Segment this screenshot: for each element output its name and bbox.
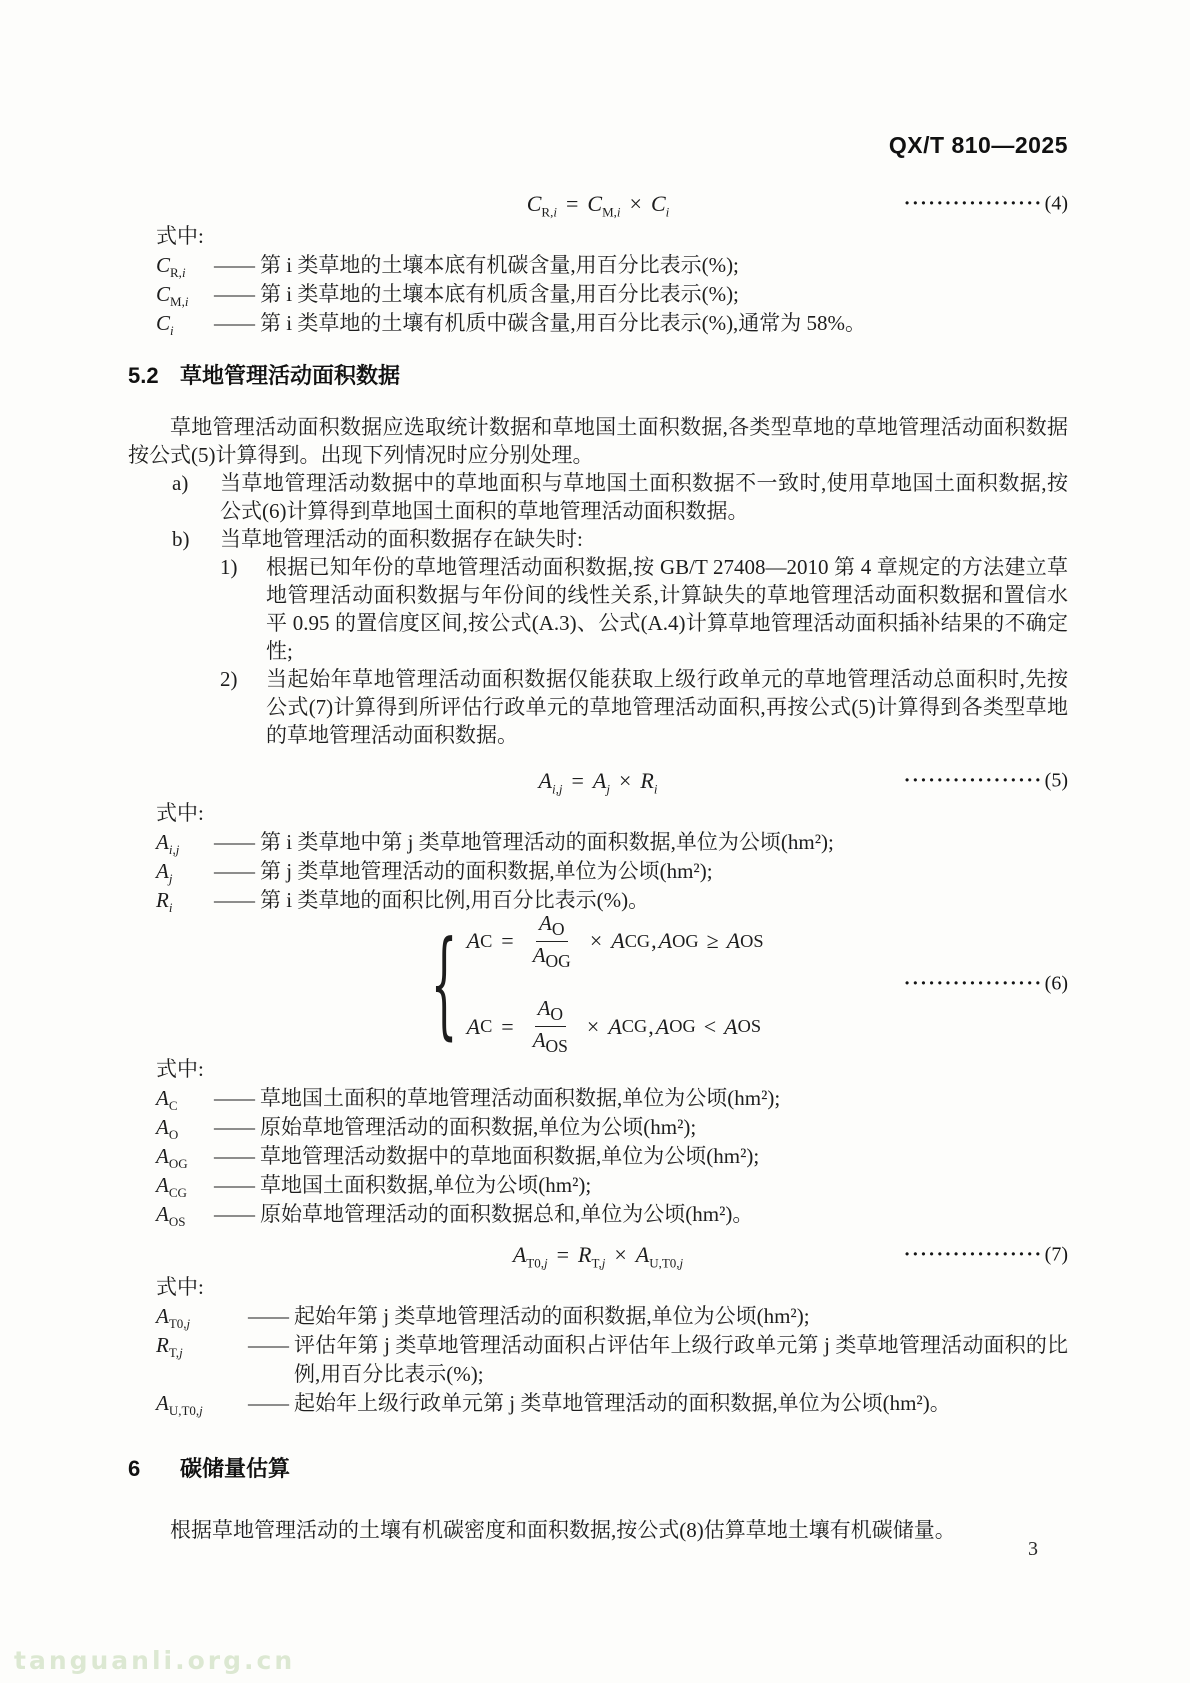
- symbol-aj: Aj: [156, 857, 214, 886]
- formula-4-number: (4): [1045, 193, 1068, 215]
- numerator: AO: [536, 911, 567, 942]
- definition-text: 草地管理活动数据中的草地面积数据,单位为公顷(hm²);: [260, 1142, 1068, 1171]
- section-heading-6: 6碳储量估算: [128, 1454, 1068, 1483]
- formula-6-number: (6): [1045, 973, 1068, 995]
- definition-row-aij: Ai,j —— 第 i 类草地中第 j 类草地管理活动的面积数据,单位为公顷(h…: [156, 828, 1068, 857]
- formula-6-cases: AC=AOAOG×ACG,AOG≥AOS AC=AOAOS×ACG,AOG<AO…: [467, 911, 764, 1058]
- definition-dash: ——: [214, 280, 260, 309]
- formula-7-number: (7): [1045, 1244, 1068, 1266]
- symbol-rtj: RT,j: [156, 1331, 248, 1389]
- symbol-ri: Ri: [156, 886, 214, 915]
- where-label: 式中:: [156, 1055, 1068, 1084]
- formula-4: CR,i=CM,i×Ci ·················(4): [128, 186, 1068, 222]
- page-number: 3: [1028, 1538, 1038, 1561]
- definition-dash: ——: [214, 309, 260, 338]
- formula-7: AT0,j=RT,j×AU,T0,j ·················(7): [128, 1237, 1068, 1273]
- definition-text: 评估年第 j 类草地管理活动面积占评估年上级行政单元第 j 类草地管理活动面积的…: [294, 1331, 1068, 1389]
- watermark: tanguanli.org.cn: [14, 1646, 295, 1675]
- formula-6: { AC=AOAOG×ACG,AOG≥AOS AC=AOAOS×ACG,AOG<…: [128, 923, 1068, 1045]
- symbol-aij: Ai,j: [156, 828, 214, 857]
- formula-7-leader: ·················(7): [904, 1244, 1068, 1267]
- definition-row-ci: Ci —— 第 i 类草地的土壤有机质中碳含量,用百分比表示(%),通常为 58…: [156, 309, 1068, 338]
- section-number: 5.2: [128, 361, 180, 390]
- symbol-cmi: CM,i: [156, 280, 214, 309]
- definition-row-ac: AC —— 草地国土面积的草地管理活动面积数据,单位为公顷(hm²);: [156, 1084, 1068, 1113]
- doc-code: QX/T 810—2025: [128, 132, 1068, 158]
- where-label: 式中:: [156, 222, 1068, 251]
- definition-row-aj: Aj —— 第 j 类草地管理活动的面积数据,单位为公顷(hm²);: [156, 857, 1068, 886]
- formula-7-expression: AT0,j=RT,j×AU,T0,j: [513, 1242, 683, 1268]
- list-text-a: 当草地管理活动数据中的草地面积与草地国土面积数据不一致时,使用草地国土面积数据,…: [220, 469, 1068, 525]
- formula-5: Ai,j=Aj×Ri ·················(5): [128, 763, 1068, 799]
- formula-6-leader: ·················(6): [904, 973, 1068, 996]
- formula-5-leader: ·················(5): [904, 770, 1068, 793]
- definition-dash: ——: [214, 251, 260, 280]
- definition-text: 第 i 类草地的土壤有机质中碳含量,用百分比表示(%),通常为 58%。: [260, 309, 1068, 338]
- list-text-2: 当起始年草地管理活动面积数据仅能获取上级行政单元的草地管理活动总面积时,先按公式…: [266, 665, 1068, 749]
- section-6-body: 根据草地管理活动的土壤有机碳密度和面积数据,按公式(8)估算草地土壤有机碳储量。: [128, 1516, 1068, 1544]
- definition-row-aog: AOG —— 草地管理活动数据中的草地面积数据,单位为公顷(hm²);: [156, 1142, 1068, 1171]
- definition-row-ao: AO —— 原始草地管理活动的面积数据,单位为公顷(hm²);: [156, 1113, 1068, 1142]
- definition-dash: ——: [214, 1142, 260, 1171]
- list-item-b: b) 当草地管理活动的面积数据存在缺失时:: [128, 525, 1068, 553]
- symbol-acg: ACG: [156, 1171, 214, 1200]
- denominator: AOG: [530, 942, 574, 972]
- section-number: 6: [128, 1454, 180, 1483]
- list-marker-b: b): [172, 525, 220, 553]
- formula-5-number: (5): [1045, 770, 1068, 792]
- definition-text: 第 j 类草地管理活动的面积数据,单位为公顷(hm²);: [260, 857, 1068, 886]
- definition-text: 草地国土面积数据,单位为公顷(hm²);: [260, 1171, 1068, 1200]
- definition-dash: ——: [214, 1113, 260, 1142]
- definition-dash: ——: [214, 1171, 260, 1200]
- formula-6-case-2: AC=AOAOS×ACG,AOG<AOS: [467, 996, 764, 1057]
- left-brace: {: [431, 926, 458, 1042]
- symbol-ci: Ci: [156, 309, 214, 338]
- definition-dash: ——: [214, 886, 260, 915]
- list-item-1: 1) 根据已知年份的草地管理活动面积数据,按 GB/T 27408—2010 第…: [128, 553, 1068, 665]
- section-title: 碳储量估算: [180, 1456, 290, 1481]
- definition-row-aut0j: AU,T0,j —— 起始年上级行政单元第 j 类草地管理活动的面积数据,单位为…: [156, 1389, 1068, 1418]
- list-item-2: 2) 当起始年草地管理活动面积数据仅能获取上级行政单元的草地管理活动总面积时,先…: [128, 665, 1068, 749]
- symbol-aos: AOS: [156, 1200, 214, 1229]
- where-label: 式中:: [156, 799, 1068, 828]
- definition-text: 第 i 类草地的土壤本底有机碳含量,用百分比表示(%);: [260, 251, 1068, 280]
- symbol-aut0j: AU,T0,j: [156, 1389, 248, 1418]
- definition-text: 起始年第 j 类草地管理活动的面积数据,单位为公顷(hm²);: [294, 1302, 1068, 1331]
- fraction: AOAOG: [530, 911, 574, 972]
- definition-dash: ——: [214, 828, 260, 857]
- definition-text: 草地国土面积的草地管理活动面积数据,单位为公顷(hm²);: [260, 1084, 1068, 1113]
- section-heading-5-2: 5.2草地管理活动面积数据: [128, 361, 1068, 390]
- definition-dash: ——: [214, 857, 260, 886]
- definition-text: 原始草地管理活动的面积数据总和,单位为公顷(hm²)。: [260, 1200, 1068, 1229]
- symbol-aog: AOG: [156, 1142, 214, 1171]
- definition-row-aos: AOS —— 原始草地管理活动的面积数据总和,单位为公顷(hm²)。: [156, 1200, 1068, 1229]
- symbol-cri: CR,i: [156, 251, 214, 280]
- document-page: QX/T 810—2025 CR,i=CM,i×Ci ·············…: [0, 0, 1190, 1683]
- list-item-a: a) 当草地管理活动数据中的草地面积与草地国土面积数据不一致时,使用草地国土面积…: [128, 469, 1068, 525]
- definition-text: 原始草地管理活动的面积数据,单位为公顷(hm²);: [260, 1113, 1068, 1142]
- fraction: AOAOS: [530, 996, 571, 1057]
- symbol-ao: AO: [156, 1113, 214, 1142]
- denominator: AOS: [530, 1027, 571, 1057]
- section-title: 草地管理活动面积数据: [180, 363, 400, 388]
- definition-dash: ——: [214, 1200, 260, 1229]
- numerator: AO: [535, 996, 566, 1027]
- where-label: 式中:: [156, 1273, 1068, 1302]
- section-5-2-intro: 草地管理活动面积数据应选取统计数据和草地国土面积数据,各类型草地的草地管理活动面…: [128, 413, 1068, 469]
- formula-4-expression: CR,i=CM,i×Ci: [527, 191, 670, 217]
- definition-row-at0j: AT0,j —— 起始年第 j 类草地管理活动的面积数据,单位为公顷(hm²);: [156, 1302, 1068, 1331]
- list-text-b: 当草地管理活动的面积数据存在缺失时:: [220, 525, 1068, 553]
- definition-dash: ——: [248, 1389, 294, 1418]
- definition-text: 起始年上级行政单元第 j 类草地管理活动的面积数据,单位为公顷(hm²)。: [294, 1389, 1068, 1418]
- definition-row-cmi: CM,i —— 第 i 类草地的土壤本底有机质含量,用百分比表示(%);: [156, 280, 1068, 309]
- definition-row-rtj: RT,j —— 评估年第 j 类草地管理活动面积占评估年上级行政单元第 j 类草…: [156, 1331, 1068, 1389]
- definition-dash: ——: [248, 1302, 294, 1331]
- definition-text: 第 i 类草地中第 j 类草地管理活动的面积数据,单位为公顷(hm²);: [260, 828, 1068, 857]
- definition-dash: ——: [214, 1084, 260, 1113]
- list-marker-a: a): [172, 469, 220, 525]
- symbol-ac: AC: [156, 1084, 214, 1113]
- symbol-at0j: AT0,j: [156, 1302, 248, 1331]
- list-marker-2: 2): [220, 665, 266, 749]
- definition-row-cri: CR,i —— 第 i 类草地的土壤本底有机碳含量,用百分比表示(%);: [156, 251, 1068, 280]
- definition-dash: ——: [248, 1331, 294, 1389]
- definition-row-acg: ACG —— 草地国土面积数据,单位为公顷(hm²);: [156, 1171, 1068, 1200]
- formula-6-case-1: AC=AOAOG×ACG,AOG≥AOS: [467, 911, 764, 972]
- formula-4-leader: ·················(4): [904, 193, 1068, 216]
- formula-5-expression: Ai,j=Aj×Ri: [539, 768, 658, 794]
- list-marker-1: 1): [220, 553, 266, 665]
- definition-text: 第 i 类草地的土壤本底有机质含量,用百分比表示(%);: [260, 280, 1068, 309]
- list-text-1: 根据已知年份的草地管理活动面积数据,按 GB/T 27408—2010 第 4 …: [266, 553, 1068, 665]
